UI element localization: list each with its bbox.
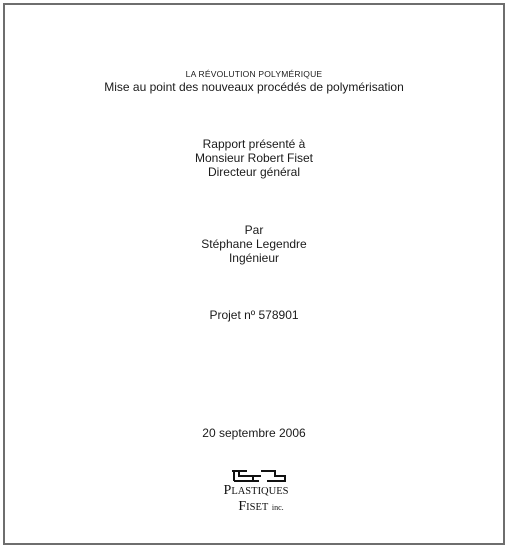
recipient-name: Monsieur Robert Fiset — [5, 151, 503, 165]
logo-text-fiset: FISET inc. — [5, 499, 503, 515]
company-logo: PLASTIQUES FISET inc. — [5, 467, 503, 523]
document-supertitle: LA RÉVOLUTION POLYMÉRIQUE — [5, 67, 503, 81]
recipient-line-1: Rapport présenté à — [5, 137, 503, 151]
document-title: Mise au point des nouveaux procédés de p… — [5, 80, 503, 94]
logo-text-plastiques: PLASTIQUES — [5, 483, 503, 499]
author-name: Stéphane Legendre — [5, 237, 503, 251]
plastiques-fiset-logo-icon — [231, 469, 287, 483]
project-number: Projet nº 578901 — [5, 308, 503, 322]
author-title: Ingénieur — [5, 251, 503, 265]
author-by-label: Par — [5, 223, 503, 237]
document-date: 20 septembre 2006 — [5, 426, 503, 440]
recipient-title: Directeur général — [5, 165, 503, 179]
document-page: LA RÉVOLUTION POLYMÉRIQUE Mise au point … — [3, 3, 505, 545]
